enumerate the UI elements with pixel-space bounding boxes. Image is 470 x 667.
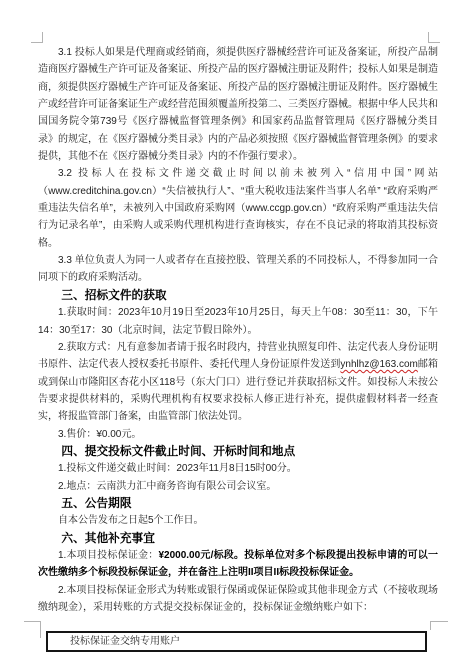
text-run: 四、提交投标文件截止时间、开标时间和地点 [61, 445, 295, 458]
heading-section-3: 三、招标文件的获取 [38, 287, 438, 304]
opening-location: 2.地点：云南洪力汇中商务咨询有限公司会议室。 [38, 478, 438, 495]
deposit-account-box: 投标保证金交纳专用账户 [46, 631, 427, 652]
heading-section-4: 四、提交投标文件截止时间、开标时间和地点 [38, 443, 438, 460]
text-run: 1.获取时间：2023年10月19日至2023年10月25日，每天上午08：30… [38, 307, 438, 335]
acquisition-method: 2.获取方式：凡有意参加者请于报名时段内，持营业执照复印件、法定代表人身份证明书… [38, 339, 438, 426]
email-text: ynhlhz@163.com [340, 359, 417, 370]
heading-section-5: 五、公告期限 [38, 495, 438, 512]
bid-deposit-form: 2.本项目投标保证金形式为转账或银行保函或保证保险或其他非现金方式（不接收现场缴… [38, 582, 438, 617]
text-run: 2.地点：云南洪力汇中商务咨询有限公司会议室。 [58, 481, 276, 492]
clause-3-2: 3.2 投标人在投标文件递交截止时间以前未被列入“信用中国”网站（www.cre… [38, 165, 438, 252]
text-run: 投标保证金交纳专用账户 [70, 633, 180, 650]
text-run: 2.本项目投标保证金形式为转账或银行保函或保证保险或其他非现金方式（不接收现场缴… [38, 585, 438, 613]
text-run: 3.3 单位负责人为同一人或者存在直接控股、管理关系的不同投标人，不得参加同一合… [38, 255, 438, 283]
text-run: 1.本项目投标保证金： [58, 550, 158, 561]
bid-deposit-amount: 1.本项目投标保证金：¥2000.00元/标段。投标单位对多个标段提出投标申请的… [38, 547, 438, 582]
submission-deadline: 1.投标文件递交截止时间：2023年11月8日15时00分。 [38, 460, 438, 477]
document-price: 3.售价：¥0.00元。 [38, 426, 438, 443]
text-boundary-mark-top-right-horizontal [428, 42, 440, 43]
text-run: 1.投标文件递交截止时间：2023年11月8日15时00分。 [58, 463, 297, 474]
text-run: 3.1 投标人如果是代理商或经销商，须提供医疗器械经营许可证及备案证，所投产品制… [38, 47, 438, 162]
acquisition-time: 1.获取时间：2023年10月19日至2023年10月25日，每天上午08：30… [38, 304, 438, 339]
heading-section-6: 六、其他补充事宜 [38, 530, 438, 547]
document-body: 3.1 投标人如果是代理商或经销商，须提供医疗器械经营许可证及备案证，所投产品制… [38, 44, 438, 652]
clause-3-3: 3.3 单位负责人为同一人或者存在直接控股、管理关系的不同投标人，不得参加同一合… [38, 252, 438, 287]
clause-3-1: 3.1 投标人如果是代理商或经销商，须提供医疗器械经营许可证及备案证，所投产品制… [38, 44, 438, 165]
text-run: 六、其他补充事宜 [61, 532, 155, 545]
text-run: 3.售价：¥0.00元。 [58, 429, 141, 440]
text-run: 五、公告期限 [61, 497, 131, 510]
text-run: 3.2 投标人在投标文件递交截止时间以前未被列入“信用中国”网站（www.cre… [38, 168, 438, 248]
text-run: 自本公告发布之日起5个工作日。 [58, 515, 204, 526]
document-page: 3.1 投标人如果是代理商或经销商，须提供医疗器械经营许可证及备案证，所投产品制… [0, 0, 470, 667]
text-run: 三、招标文件的获取 [61, 289, 166, 302]
text-boundary-mark-top-left-horizontal [31, 42, 43, 43]
announcement-period: 自本公告发布之日起5个工作日。 [38, 512, 438, 529]
